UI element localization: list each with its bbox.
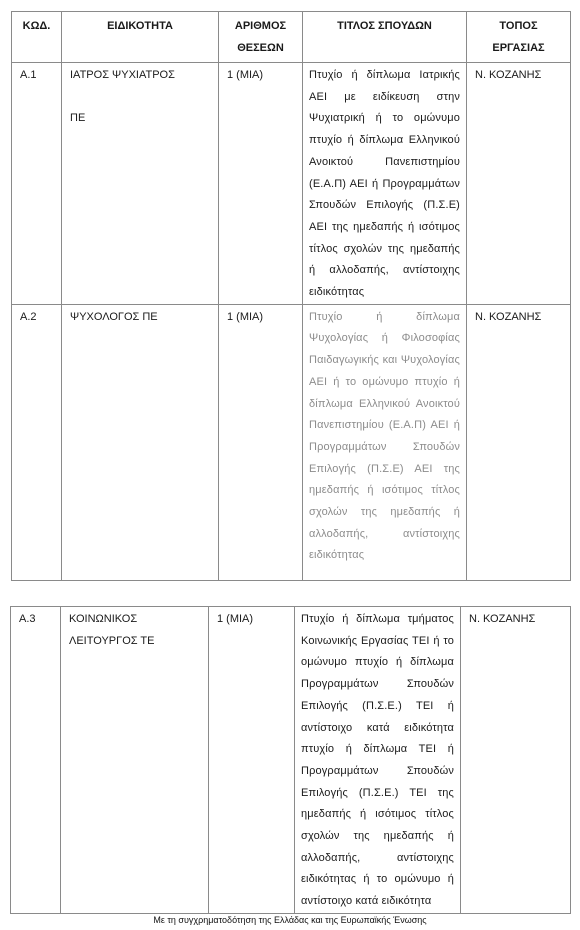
header-location-line2: ΕΡΓΑΣΙΑΣ xyxy=(467,37,570,59)
row-location: Ν. ΚΟΖΑΝΗΣ xyxy=(461,607,571,914)
table-row: Α.3 ΚΟΙΝΩΝΙΚΟΣ ΛΕΙΤΟΥΡΓΟΣ ΤΕ 1 (ΜΙΑ) Πτυ… xyxy=(11,607,571,914)
row-degree: Πτυχίο ή δίπλωμα Ψυχολογίας ή Φιλοσοφίας… xyxy=(303,304,467,580)
table-header-row: ΚΩΔ. ΕΙΔΙΚΟΤΗΤΑ ΑΡΙΘΜΟΣ ΘΕΣΕΩΝ ΤΙΤΛΟΣ ΣΠ… xyxy=(12,12,571,63)
header-positions-line1: ΑΡΙΘΜΟΣ xyxy=(219,15,302,37)
header-specialty: ΕΙΔΙΚΟΤΗΤΑ xyxy=(62,12,219,63)
positions-table-page-part-1: ΚΩΔ. ΕΙΔΙΚΟΤΗΤΑ ΑΡΙΘΜΟΣ ΘΕΣΕΩΝ ΤΙΤΛΟΣ ΣΠ… xyxy=(11,11,571,581)
row-code: Α.1 xyxy=(12,63,62,305)
row-code: Α.2 xyxy=(12,304,62,580)
row-code: Α.3 xyxy=(11,607,61,914)
row-specialty-line1: ΚΟΙΝΩΝΙΚΟΣ xyxy=(69,609,202,631)
table-row: Α.2 ΨΥΧΟΛΟΓΟΣ ΠΕ 1 (ΜΙΑ) Πτυχίο ή δίπλωμ… xyxy=(12,304,571,580)
header-location: ΤΟΠΟΣ ΕΡΓΑΣΙΑΣ xyxy=(467,12,571,63)
row-specialty-line2: ΠΕ xyxy=(70,108,212,130)
header-degree: ΤΙΤΛΟΣ ΣΠΟΥΔΩΝ xyxy=(303,12,467,63)
row-location: Ν. ΚΟΖΑΝΗΣ xyxy=(467,304,571,580)
row-positions: 1 (ΜΙΑ) xyxy=(219,63,303,305)
row-specialty-line1: ΙΑΤΡΟΣ ΨΥΧΙΑΤΡΟΣ xyxy=(70,65,212,87)
row-specialty: ΚΟΙΝΩΝΙΚΟΣ ΛΕΙΤΟΥΡΓΟΣ ΤΕ xyxy=(61,607,209,914)
table-row: Α.1 ΙΑΤΡΟΣ ΨΥΧΙΑΤΡΟΣ ΠΕ 1 (ΜΙΑ) Πτυχίο ή… xyxy=(12,63,571,305)
row-specialty-line2: ΛΕΙΤΟΥΡΓΟΣ ΤΕ xyxy=(69,631,202,653)
row-degree: Πτυχίο ή δίπλωμα τμήματος Κοινωνικής Εργ… xyxy=(295,607,461,914)
row-specialty: ΙΑΤΡΟΣ ΨΥΧΙΑΤΡΟΣ ΠΕ xyxy=(62,63,219,305)
row-positions: 1 (ΜΙΑ) xyxy=(219,304,303,580)
row-positions: 1 (ΜΙΑ) xyxy=(209,607,295,914)
header-location-line1: ΤΟΠΟΣ xyxy=(467,15,570,37)
positions-table-page-part-2: Α.3 ΚΟΙΝΩΝΙΚΟΣ ΛΕΙΤΟΥΡΓΟΣ ΤΕ 1 (ΜΙΑ) Πτυ… xyxy=(10,606,571,914)
header-positions: ΑΡΙΘΜΟΣ ΘΕΣΕΩΝ xyxy=(219,12,303,63)
page-footer-funding-note: Με τη συγχρηματοδότηση της Ελλάδας και τ… xyxy=(0,913,580,927)
row-specialty: ΨΥΧΟΛΟΓΟΣ ΠΕ xyxy=(62,304,219,580)
row-degree: Πτυχίο ή δίπλωμα Ιατρικής ΑΕΙ με ειδίκευ… xyxy=(303,63,467,305)
header-code: ΚΩΔ. xyxy=(12,12,62,63)
header-positions-line2: ΘΕΣΕΩΝ xyxy=(219,37,302,59)
row-location: Ν. ΚΟΖΑΝΗΣ xyxy=(467,63,571,305)
